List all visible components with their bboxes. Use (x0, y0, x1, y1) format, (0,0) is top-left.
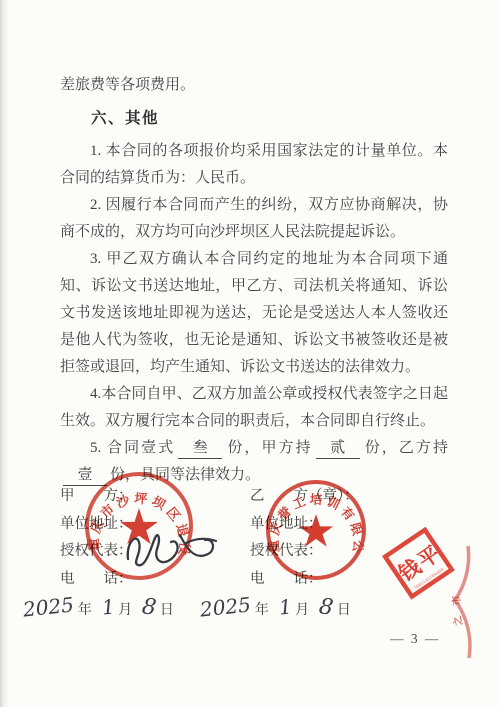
party-b-year-handwritten: 2025 (199, 591, 253, 624)
clause-5-text: 份，乙方持 (363, 440, 448, 456)
edge-seal-micro-text: · · · (461, 552, 469, 561)
name-seal-code: 5001141204460 (413, 567, 445, 591)
edge-seal-char2: 之 (450, 614, 465, 627)
edge-seal-char1: 市 (450, 595, 464, 606)
clause-3: 3. 甲乙双方确认本合同约定的地址为本合同项下通知、诉讼文书送达地址，甲乙方、司… (60, 246, 448, 381)
seal-border (385, 530, 452, 597)
party-a-address-label: 单位地址： (60, 511, 180, 539)
party-b-day-handwritten: 8 (317, 593, 335, 622)
page-number: — 3 — (390, 631, 441, 647)
party-b-label: 乙 方（章）： (250, 483, 359, 511)
clause-5-text: 份，具同等法律效力。 (110, 467, 260, 483)
day-unit: 日 (160, 597, 174, 625)
name-seal-char2: 平 (414, 541, 445, 573)
party-b-signature-block: 乙 方（章）： 单位地址： 授权代表： 电 话： 2025年 1月 8日 (250, 483, 359, 624)
party-a-rep-label: 授权代表： (60, 538, 180, 566)
clause-5-text: 份，甲方持 (225, 440, 312, 456)
edge-seal-partial-stamp: · · · 市 之 (432, 538, 500, 670)
name-seal-stamp: 钱 平 5001141204460 (378, 523, 460, 605)
month-unit: 月 (118, 597, 132, 625)
month-unit: 月 (295, 597, 309, 625)
clause-4: 4.本合同自甲、乙双方加盖公章或授权代表签字之日起生效。双方履行完本合同的职责后… (60, 381, 448, 435)
party-b-date: 2025年 1月 8日 (200, 594, 359, 624)
year-unit: 年 (78, 597, 92, 625)
party-a-signature-block: 甲 方： 单位地址： 授权代表： 电 话： 2025年 1月 8日 (60, 483, 180, 624)
party-b-address-label: 单位地址： (250, 511, 359, 539)
paragraph-continuation: 差旅费等各项费用。 (60, 72, 448, 99)
clause-1: 1. 本合同的各项报价均采用国家法定的计量单位。本合同的结算货币为：人民币。 (60, 138, 448, 192)
section-heading: 六、其他 (60, 105, 448, 132)
party-b-rep-label: 授权代表： (250, 538, 359, 566)
clause-5-text: 5. 合同壹式 (90, 440, 175, 456)
party-a-phone-label: 电 话： (60, 566, 180, 594)
copies-total-blank: 叁 (178, 439, 222, 459)
party-a-label: 甲 方： (60, 483, 180, 511)
scan-edge-shadow (0, 0, 9, 707)
contract-body: 差旅费等各项费用。 六、其他 1. 本合同的各项报价均采用国家法定的计量单位。本… (60, 72, 448, 489)
party-a-month-handwritten: 1 (100, 593, 116, 622)
day-unit: 日 (337, 597, 351, 625)
party-a-date: 2025年 1月 8日 (23, 594, 180, 624)
party-b-phone-label: 电 话： (250, 566, 359, 594)
year-unit: 年 (255, 597, 269, 625)
party-a-day-handwritten: 8 (140, 593, 158, 622)
party-b-month-handwritten: 1 (277, 593, 293, 622)
party-a-year-handwritten: 2025 (22, 591, 76, 624)
contract-page: 差旅费等各项费用。 六、其他 1. 本合同的各项报价均采用国家法定的计量单位。本… (0, 0, 500, 707)
seal-arc (455, 546, 470, 658)
clause-5: 5. 合同壹式叁份，甲方持贰份，乙方持壹份，具同等法律效力。 (60, 435, 448, 489)
clause-2: 2. 因履行本合同而产生的纠纷，双方应协商解决，协商不成的，双方均可向沙坪坝区人… (60, 192, 448, 246)
party-a-copies-blank: 贰 (316, 439, 360, 459)
name-seal-char1: 钱 (394, 554, 426, 586)
